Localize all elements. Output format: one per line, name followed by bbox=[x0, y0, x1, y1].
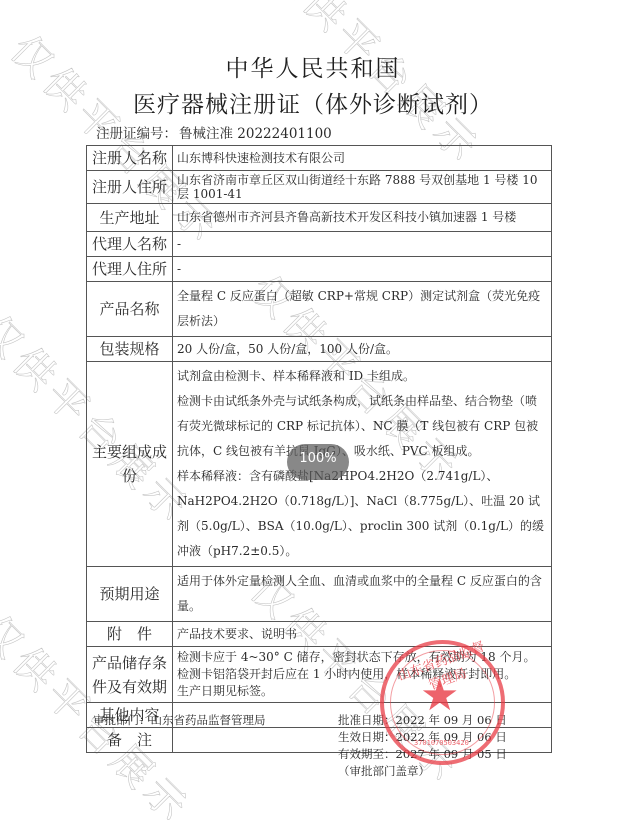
storage-paragraph: 生产日期见标签。 bbox=[177, 683, 547, 700]
row-label: 代理人住所 bbox=[87, 257, 173, 282]
row-label: 备 注 bbox=[87, 728, 173, 753]
component-paragraph: 试剂盒由检测卡、样本稀释液和 ID 卡组成。 bbox=[177, 364, 547, 389]
row-label: 代理人名称 bbox=[87, 232, 173, 257]
row-label: 主要组成成份 bbox=[87, 362, 173, 567]
table-row-agent-name: 代理人名称 - bbox=[87, 232, 552, 257]
row-value: 全量程 C 反应蛋白（超敏 CRP+常规 CRP）测定试剂盒（荧光免疫层析法） bbox=[173, 282, 552, 337]
table-row-registrant-address: 注册人住所 山东省济南市章丘区双山街道经十东路 7888 号双创基地 1 号楼 … bbox=[87, 171, 552, 204]
approval-department: 审批部门：山东省药品监督管理局 bbox=[93, 712, 266, 728]
table-row-product-name: 产品名称 全量程 C 反应蛋白（超敏 CRP+常规 CRP）测定试剂盒（荧光免疫… bbox=[87, 282, 552, 337]
table-row-registrant-name: 注册人名称 山东博科快速检测技术有限公司 bbox=[87, 146, 552, 171]
registration-number-value: 鲁械注准 20222401100 bbox=[179, 126, 332, 142]
row-value: 20 人份/盒，50 人份/盒，100 人份/盒。 bbox=[173, 337, 552, 362]
component-paragraph: 检测卡由试纸条外壳与试纸条构成，试纸条由样品垫、结合物垫（喷有荧光微球标记的 C… bbox=[177, 389, 547, 464]
row-value: 山东省德州市齐河县齐鲁高新技术开发区科技小镇加速器 1 号楼 bbox=[173, 204, 552, 232]
table-row-intended-use: 预期用途 适用于体外定量检测人全血、血清或血浆中的全量程 C 反应蛋白的含量。 bbox=[87, 567, 552, 622]
row-label: 预期用途 bbox=[87, 567, 173, 622]
expiry-date: 有效期至：2027 年 09 月 05 日 bbox=[338, 746, 507, 763]
row-value: 山东省济南市章丘区双山街道经十东路 7888 号双创基地 1 号楼 10 层 1… bbox=[173, 171, 552, 204]
row-label: 产品名称 bbox=[87, 282, 173, 337]
row-label: 生产地址 bbox=[87, 204, 173, 232]
zoom-level-indicator: 100% bbox=[287, 444, 349, 480]
table-row-attachments: 附 件 产品技术要求、说明书 bbox=[87, 622, 552, 647]
registration-number-label: 注册证编号： bbox=[96, 126, 177, 142]
component-paragraph: 样本稀释液：含有磷酸盐[Na2HPO4.2H2O（2.741g/L）、NaH2P… bbox=[177, 464, 547, 564]
row-value: 山东博科快速检测技术有限公司 bbox=[173, 146, 552, 171]
effective-date: 生效日期：2022 年 09 月 06 日 bbox=[338, 729, 507, 746]
row-label: 产品储存条件及有效期 bbox=[87, 647, 173, 703]
document-title-country: 中华人民共和国 bbox=[0, 50, 626, 83]
row-value: 适用于体外定量检测人全血、血清或血浆中的全量程 C 反应蛋白的含量。 bbox=[173, 567, 552, 622]
row-label: 包装规格 bbox=[87, 337, 173, 362]
storage-paragraph: 检测卡应于 4~30° C 储存，密封状态下存放，有效期为 18 个月。 bbox=[177, 649, 547, 666]
row-label: 注册人住所 bbox=[87, 171, 173, 204]
dates-block: 批准日期：2022 年 09 月 06 日 生效日期：2022 年 09 月 0… bbox=[338, 712, 507, 780]
table-row-agent-address: 代理人住所 - bbox=[87, 257, 552, 282]
table-row-storage-validity: 产品储存条件及有效期 检测卡应于 4~30° C 储存，密封状态下存放，有效期为… bbox=[87, 647, 552, 703]
approval-date: 批准日期：2022 年 09 月 06 日 bbox=[338, 712, 507, 729]
row-value: - bbox=[173, 232, 552, 257]
storage-paragraph: 检测卡铝箔袋开封后应在 1 小时内使用，样本稀释液开封即用。 bbox=[177, 666, 547, 683]
row-label: 附 件 bbox=[87, 622, 173, 647]
row-value: 试剂盒由检测卡、样本稀释液和 ID 卡组成。 检测卡由试纸条外壳与试纸条构成，试… bbox=[173, 362, 552, 567]
row-label: 注册人名称 bbox=[87, 146, 173, 171]
document-title-certificate: 医疗器械注册证（体外诊断试剂） bbox=[0, 86, 626, 119]
row-value: 产品技术要求、说明书 bbox=[173, 622, 552, 647]
registration-number: 注册证编号：鲁械注准 20222401100 bbox=[96, 122, 334, 142]
seal-note: （审批部门盖章） bbox=[338, 763, 507, 780]
table-row-production-address: 生产地址 山东省德州市齐河县齐鲁高新技术开发区科技小镇加速器 1 号楼 bbox=[87, 204, 552, 232]
row-value: 检测卡应于 4~30° C 储存，密封状态下存放，有效期为 18 个月。 检测卡… bbox=[173, 647, 552, 703]
row-value: - bbox=[173, 257, 552, 282]
table-row-package-spec: 包装规格 20 人份/盒，50 人份/盒，100 人份/盒。 bbox=[87, 337, 552, 362]
